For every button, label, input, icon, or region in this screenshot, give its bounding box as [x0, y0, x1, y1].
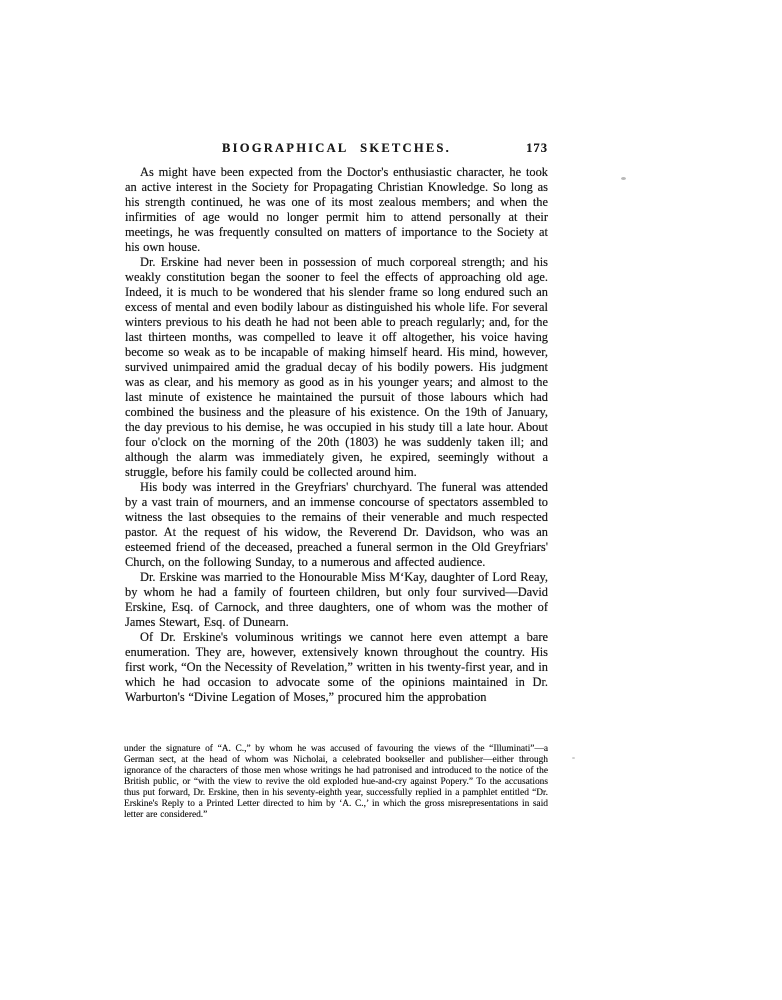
- body-paragraph: Dr. Erskine had never been in possession…: [125, 255, 548, 480]
- page-number: 173: [526, 141, 548, 156]
- page-title: BIOGRAPHICAL SKETCHES.: [125, 141, 548, 156]
- footnote: under the signature of “A. C.,” by whom …: [124, 744, 548, 821]
- body-text: As might have been expected from the Doc…: [125, 165, 548, 705]
- body-paragraph: As might have been expected from the Doc…: [125, 165, 548, 255]
- scan-speck: [621, 177, 626, 180]
- running-head: BIOGRAPHICAL SKETCHES. 173: [125, 141, 548, 157]
- scan-speck: [572, 757, 575, 759]
- body-paragraph: Dr. Erskine was married to the Honourabl…: [125, 570, 548, 630]
- book-page: BIOGRAPHICAL SKETCHES. 173 As might have…: [0, 0, 782, 1000]
- body-paragraph: His body was interred in the Greyfriars'…: [125, 480, 548, 570]
- footnote-text: under the signature of “A. C.,” by whom …: [124, 744, 548, 821]
- body-paragraph: Of Dr. Erskine's voluminous writings we …: [125, 630, 548, 705]
